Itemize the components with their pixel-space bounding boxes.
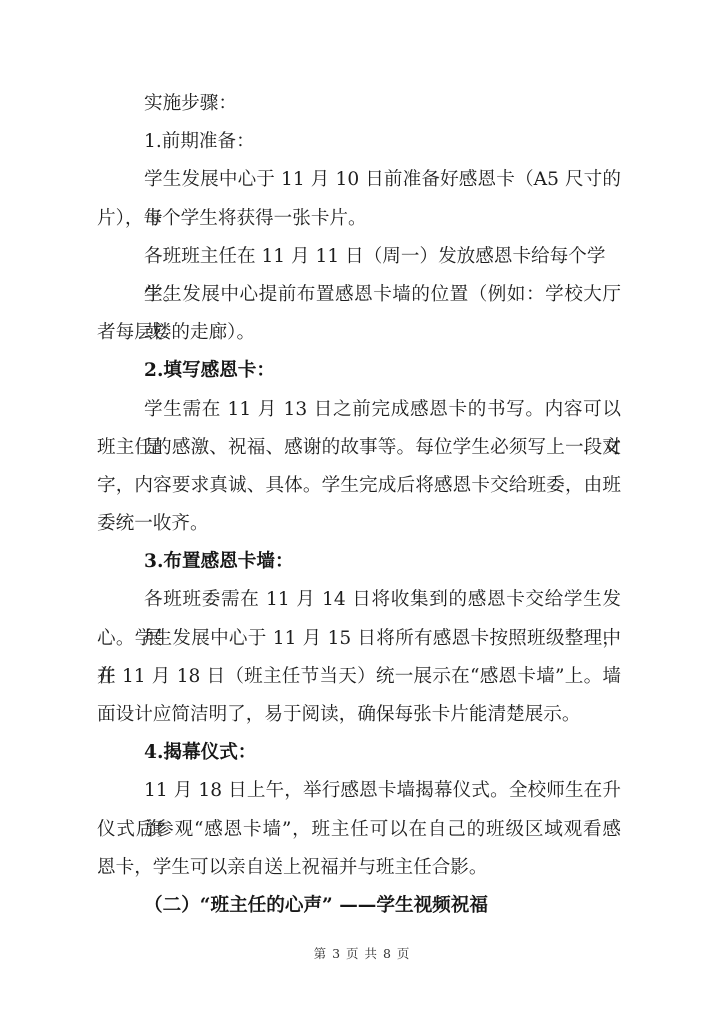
- text-line: 2.填写感恩卡：: [97, 352, 621, 390]
- text-line: 仪式后参观“感恩卡墙”，班主任可以在自己的班级区域观看感: [97, 811, 621, 849]
- text-line: 心。学生发展中心于 11 月 15 日将所有感恩卡按照班级整理，并: [97, 620, 621, 658]
- document-body: 实施步骤：1.前期准备：学生发展中心于 11 月 10 日前准备好感恩卡（A5 …: [97, 85, 621, 925]
- text-line: 各班班主任在 11 月 11 日（周一）发放感恩卡给每个学生。: [97, 238, 621, 276]
- section-heading: 3.布置感恩卡墙：: [97, 543, 621, 581]
- text-line: 面设计应简洁明了，易于阅读，确保每张卡片能清楚展示。: [97, 696, 621, 734]
- text-line: 11 月 18 日上午，举行感恩卡墙揭幕仪式。全校师生在升旗: [97, 772, 621, 810]
- text-line: 1.前期准备：: [97, 123, 621, 161]
- paragraph: 实施步骤：: [97, 85, 621, 123]
- page-footer: 第 3 页 共 8 页: [0, 944, 724, 964]
- text-line: 学生发展中心于 11 月 10 日前准备好感恩卡（A5 尺寸的卡: [97, 161, 621, 199]
- section-heading: （二）“班主任的心声” ——学生视频祝福: [97, 887, 621, 925]
- paragraph: 各班班主任在 11 月 11 日（周一）发放感恩卡给每个学生。: [97, 238, 621, 276]
- text-line: 实施步骤：: [97, 85, 621, 123]
- paragraph: 学生发展中心于 11 月 10 日前准备好感恩卡（A5 尺寸的卡片），每个学生将…: [97, 161, 621, 237]
- text-line: 学生需在 11 月 13 日之前完成感恩卡的书写。内容可以是对: [97, 391, 621, 429]
- paragraph: 学生需在 11 月 13 日之前完成感恩卡的书写。内容可以是对班主任的感激、祝福…: [97, 391, 621, 544]
- paragraph: 11 月 18 日上午，举行感恩卡墙揭幕仪式。全校师生在升旗仪式后参观“感恩卡墙…: [97, 772, 621, 887]
- document-page: 实施步骤：1.前期准备：学生发展中心于 11 月 10 日前准备好感恩卡（A5 …: [0, 0, 724, 1024]
- text-line: 学生发展中心提前布置感恩卡墙的位置（例如：学校大厅或: [97, 276, 621, 314]
- text-line: 4.揭幕仪式：: [97, 734, 621, 772]
- text-line: 班主任的感激、祝福、感谢的故事等。每位学生必须写上一段文: [97, 429, 621, 467]
- text-line: 恩卡，学生可以亲自送上祝福并与班主任合影。: [97, 849, 621, 887]
- text-line: 在 11 月 18 日（班主任节当天）统一展示在“感恩卡墙”上。墙: [97, 658, 621, 696]
- text-line: 字，内容要求真诚、具体。学生完成后将感恩卡交给班委，由班: [97, 467, 621, 505]
- paragraph: 各班班委需在 11 月 14 日将收集到的感恩卡交给学生发展中心。学生发展中心于…: [97, 581, 621, 734]
- text-line: 委统一收齐。: [97, 505, 621, 543]
- section-heading: 2.填写感恩卡：: [97, 352, 621, 390]
- section-heading: 4.揭幕仪式：: [97, 734, 621, 772]
- text-line: 者每层楼的走廊）。: [97, 314, 621, 352]
- text-line: 片），每个学生将获得一张卡片。: [97, 200, 621, 238]
- paragraph: 学生发展中心提前布置感恩卡墙的位置（例如：学校大厅或者每层楼的走廊）。: [97, 276, 621, 352]
- paragraph: 1.前期准备：: [97, 123, 621, 161]
- text-line: 各班班委需在 11 月 14 日将收集到的感恩卡交给学生发展中: [97, 581, 621, 619]
- text-line: （二）“班主任的心声” ——学生视频祝福: [97, 887, 621, 925]
- text-line: 3.布置感恩卡墙：: [97, 543, 621, 581]
